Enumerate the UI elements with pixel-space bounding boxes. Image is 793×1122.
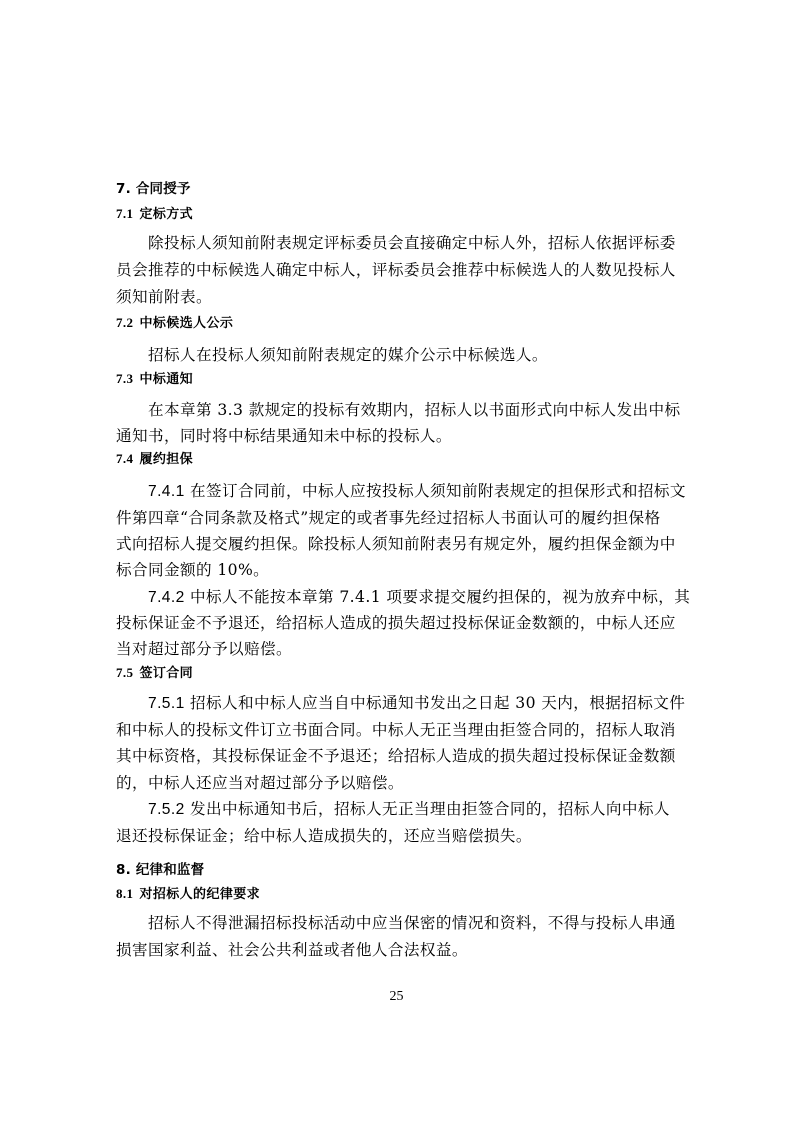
- clause-7-4-1-line: 7.4.1 在签订合同前，中标人应按投标人须知前附表规定的担保形式和招标文: [148, 481, 678, 502]
- paragraph-line: 其中标资格，其投标保证金不予退还；给招标人造成的损失超过投标保证金数额: [116, 746, 678, 766]
- paragraph-line: 退还投标保证金；给中标人造成损失的，还应当赔偿损失。: [116, 826, 678, 846]
- clause-7-5-1-line: 7.5.1 招标人和中标人应当自中标通知书发出之日起 30 天内，根据招标文件: [148, 693, 678, 714]
- paragraph-line: 招标人不得泄漏招标投标活动中应当保密的情况和资料，不得与投标人串通: [148, 913, 678, 933]
- section-7-5-heading: 7.5签订合同: [116, 663, 678, 684]
- paragraph-line: 招标人在投标人须知前附表规定的媒介公示中标候选人。: [148, 345, 678, 365]
- clause-number: 7.5.2: [148, 801, 185, 818]
- paragraph-line: 在本章第 3.3 款规定的投标有效期内，招标人以书面形式向中标人发出中标: [148, 400, 678, 420]
- paragraph-line: 除投标人须知前附表规定评标委员会直接确定中标人外，招标人依据评标委: [148, 233, 678, 253]
- section-8-heading: 8. 纪律和监督: [116, 860, 678, 880]
- section-title: 对招标人的纪律要求: [139, 887, 260, 902]
- paragraph-line: 须知前附表。: [116, 287, 678, 307]
- paragraph-line: 员会推荐的中标候选人确定中标人，评标委员会推荐中标候选人的人数见投标人: [116, 260, 678, 280]
- clause-7-4-2-line: 7.4.2 中标人不能按本章第 7.4.1 项要求提交履约担保的，视为放弃中标，…: [148, 587, 678, 608]
- section-number: 8.1: [116, 886, 133, 901]
- section-title: 履约担保: [139, 452, 193, 467]
- paragraph-line: 的，中标人还应当对超过部分予以赔偿。: [116, 773, 678, 793]
- section-title: 签订合同: [139, 666, 193, 681]
- clause-text: 在签订合同前，中标人应按投标人须知前附表规定的担保形式和招标文: [185, 482, 686, 500]
- paragraph-line: 标合同金额的 10%。: [116, 560, 678, 580]
- section-title: 中标通知: [139, 372, 193, 387]
- section-7-heading: 7. 合同授予: [116, 179, 678, 199]
- paragraph-line: 损害国家利益、社会公共利益或者他人合法权益。: [116, 940, 678, 960]
- clause-text: 招标人和中标人应当自中标通知书发出之日起 30 天内，根据招标文件: [185, 694, 686, 712]
- paragraph-line: 投标保证金不予退还，给招标人造成的损失超过投标保证金数额的，中标人还应: [116, 613, 678, 633]
- clause-number: 7.5.1: [148, 695, 185, 712]
- section-number: 7.5: [116, 665, 133, 680]
- section-title: 中标候选人公示: [139, 316, 233, 331]
- paragraph-line: 和中标人的投标文件订立书面合同。中标人无正当理由拒签合同的，招标人取消: [116, 720, 678, 740]
- section-title: 定标方式: [139, 207, 193, 222]
- section-number: 7.4: [116, 451, 133, 466]
- section-number: 7.3: [116, 371, 133, 386]
- section-number: 7.1: [116, 206, 133, 221]
- paragraph-line: 件第四章“合同条款及格式”规定的或者事先经过招标人书面认可的履约担保格: [116, 508, 678, 528]
- section-7-2-heading: 7.2中标候选人公示: [116, 313, 678, 334]
- clause-number: 7.4.1: [148, 483, 185, 500]
- paragraph-line: 式向招标人提交履约担保。除投标人须知前附表另有规定外，履约担保金额为中: [116, 534, 678, 554]
- clause-7-5-2-line: 7.5.2 发出中标通知书后，招标人无正当理由拒签合同的，招标人向中标人: [148, 799, 678, 820]
- clause-text: 中标人不能按本章第 7.4.1 项要求提交履约担保的，视为放弃中标，其: [185, 588, 691, 606]
- section-7-4-heading: 7.4履约担保: [116, 449, 678, 470]
- page-number: 25: [0, 989, 793, 1005]
- clause-number: 7.4.2: [148, 589, 185, 606]
- clause-text: 发出中标通知书后，招标人无正当理由拒签合同的，招标人向中标人: [185, 800, 670, 818]
- section-7-1-heading: 7.1定标方式: [116, 204, 678, 225]
- section-number: 7.2: [116, 315, 133, 330]
- section-7-3-heading: 7.3中标通知: [116, 369, 678, 390]
- section-8-1-heading: 8.1对招标人的纪律要求: [116, 884, 678, 905]
- paragraph-line: 当对超过部分予以赔偿。: [116, 639, 678, 659]
- document-page: 7. 合同授予 7.1定标方式 除投标人须知前附表规定评标委员会直接确定中标人外…: [0, 0, 793, 1122]
- paragraph-line: 通知书，同时将中标结果通知未中标的投标人。: [116, 426, 678, 446]
